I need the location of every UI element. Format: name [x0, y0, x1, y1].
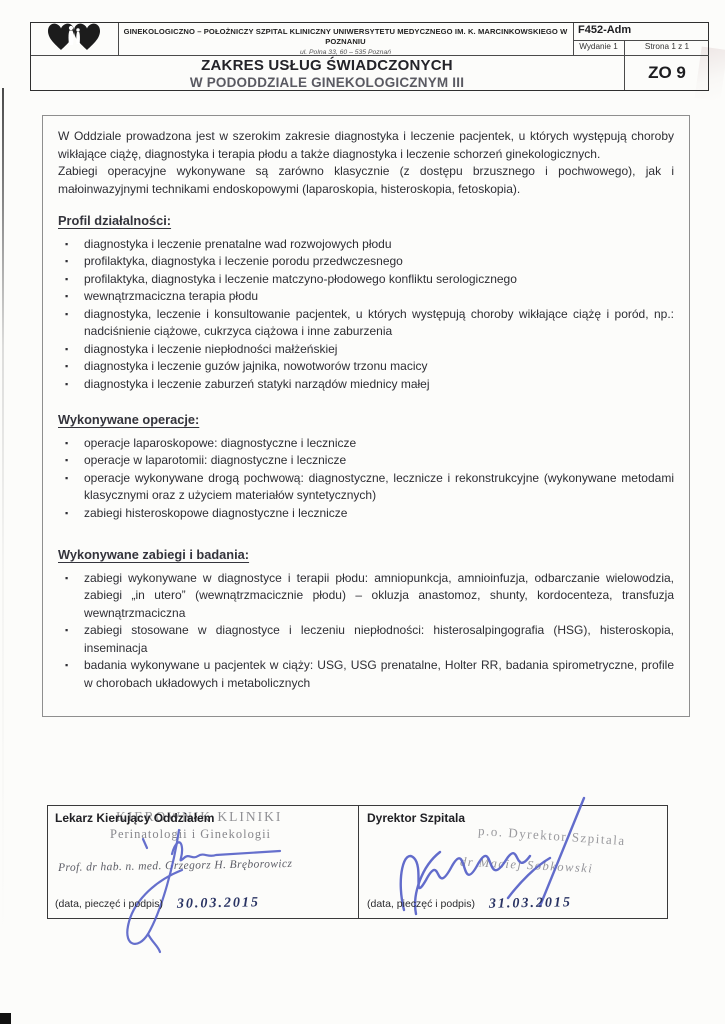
list-item: zabiegi stosowane w diagnostyce i leczen… — [58, 622, 674, 657]
list-item: operacje wykonywane drogą pochwową: diag… — [58, 470, 674, 505]
intro-paragraph: Zabiegi operacyjne wykonywane są zarówno… — [58, 163, 674, 198]
role-label: Dyrektor Szpitala — [367, 811, 465, 825]
zabiegi-list: zabiegi wykonywane w diagnostyce i terap… — [58, 570, 674, 693]
hospital-name-cell: GINEKOLOGICZNO – POŁOŻNICZY SZPITAL KLIN… — [120, 24, 571, 54]
hospital-logo-cell — [30, 22, 118, 55]
signature-table-divider — [358, 806, 359, 918]
hearts-mother-child-logo-icon — [47, 20, 101, 57]
section-heading-zabiegi: Wykonywane zabiegi i badania: — [58, 546, 674, 564]
page-count-label: Strona 1 z 1 — [625, 41, 709, 55]
profil-list: diagnostyka i leczenie prenatalne wad ro… — [58, 236, 674, 394]
document-title-line2: W PODODDZIALE GINEKOLOGICZNYM III — [31, 75, 623, 90]
list-item: zabiegi wykonywane w diagnostyce i terap… — [58, 570, 674, 623]
list-item: diagnostyka, leczenie i konsultowanie pa… — [58, 306, 674, 341]
date-stamp-signature-row: (data, pieczęć i podpis)31.03.2015 — [367, 896, 572, 912]
content-box: W Oddziale prowadzona jest w szerokim za… — [42, 115, 690, 717]
list-item: diagnostyka i leczenie zaburzeń statyki … — [58, 376, 674, 394]
list-item: profilaktyka, diagnostyka i leczenie por… — [58, 253, 674, 271]
edition-label: Wydanie 1 — [573, 41, 624, 55]
document-title-line1: ZAKRES USŁUG ŚWIADCZONYCH — [31, 57, 623, 74]
list-item: operacje w laparotomii: diagnostyczne i … — [58, 452, 674, 470]
scanned-document-page: GINEKOLOGICZNO – POŁOŻNICZY SZPITAL KLIN… — [0, 0, 725, 1024]
header-divider — [118, 23, 119, 55]
list-item: diagnostyka i leczenie guzów jajnika, no… — [58, 358, 674, 376]
list-item: diagnostyka i leczenie prenatalne wad ro… — [58, 236, 674, 254]
handwritten-date: 30.03.2015 — [177, 895, 260, 912]
signature-cell-head-physician: Lekarz Kierujący Oddziałem KIEROWNIK KLI… — [48, 806, 357, 918]
list-item: diagnostyka i leczenie niepłodności małż… — [58, 341, 674, 359]
hospital-address: ul. Polna 33, 60 – 535 Poznań — [120, 49, 571, 56]
document-code: F452-Adm — [578, 24, 708, 39]
list-item: zabiegi histeroskopowe diagnostyczne i l… — [58, 505, 674, 523]
section-heading-profil: Profil działalności: — [58, 212, 674, 230]
section-heading-operacje: Wykonywane operacje: — [58, 411, 674, 429]
date-label: (data, pieczęć i podpis) — [55, 898, 163, 910]
list-item: operacje laparoskopowe: diagnostyczne i … — [58, 435, 674, 453]
date-label: (data, pieczęć i podpis) — [367, 898, 475, 910]
scan-corner-artifact — [0, 1013, 11, 1024]
operacje-list: operacje laparoskopowe: diagnostyczne i … — [58, 435, 674, 523]
signature-cell-director: Dyrektor Szpitala p.o. Dyrektor Szpitala… — [360, 806, 667, 918]
handwritten-date: 31.03.2015 — [489, 895, 572, 912]
hospital-name: GINEKOLOGICZNO – POŁOŻNICZY SZPITAL KLIN… — [120, 24, 571, 47]
list-item: wewnątrzmaciczna terapia płodu — [58, 288, 674, 306]
scan-edge-artifact — [2, 88, 4, 948]
list-item: badania wykonywane u pacjentek w ciąży: … — [58, 657, 674, 692]
list-item: profilaktyka, diagnostyka i leczenie mat… — [58, 271, 674, 289]
role-label: Lekarz Kierujący Oddziałem — [55, 811, 214, 825]
intro-paragraph: W Oddziale prowadzona jest w szerokim za… — [58, 128, 674, 163]
document-title: ZAKRES USŁUG ŚWIADCZONYCH W PODODDZIALE … — [31, 57, 623, 90]
document-symbol: ZO 9 — [625, 55, 709, 90]
date-stamp-signature-row: (data, pieczęć i podpis)30.03.2015 — [55, 896, 260, 912]
